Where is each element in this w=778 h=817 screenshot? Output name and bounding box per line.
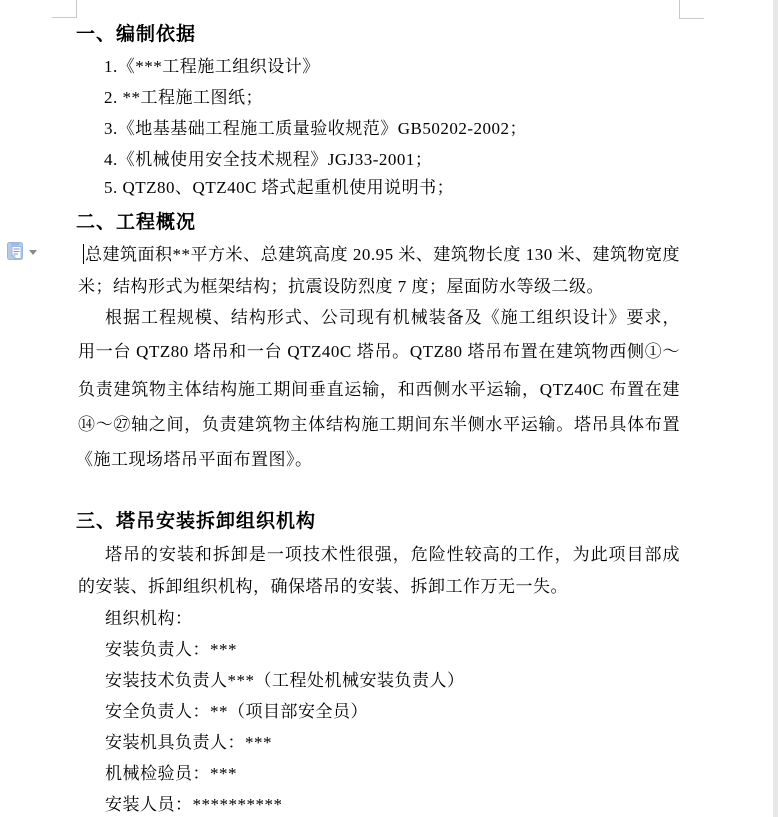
paragraph-line: 米；结构形式为框架结构；抗震设防烈度 7 度；屋面防水等级二级。 — [78, 276, 604, 297]
paragraph-line: 总建筑面积**平方米、总建筑高度 20.95 米、建筑物长度 130 米、建筑物… — [85, 244, 680, 266]
roster-line: 安装负责人：*** — [105, 639, 237, 660]
list-item: 5. QTZ80、QTZ40C 塔式起重机使用说明书； — [104, 177, 454, 198]
list-item: 1.《***工程施工组织设计》 — [104, 56, 320, 77]
paste-options-dropdown-icon[interactable] — [29, 250, 37, 255]
section-heading: 二、工程概况 — [76, 212, 196, 233]
paragraph-line: 用一台 QTZ80 塔吊和一台 QTZ40C 塔吊。QTZ80 塔吊布置在建筑物… — [78, 341, 680, 363]
paragraph-line: 负责建筑物主体结构施工期间垂直运输，和西侧水平运输，QTZ40C 布置在建筑物东… — [78, 379, 680, 401]
list-item: 3.《地基基础工程施工质量验收规范》GB50202-2002； — [104, 118, 527, 139]
list-item: 4.《机械使用安全技术规程》JGJ33-2001； — [104, 149, 432, 170]
list-item: 2. **工程施工图纸； — [104, 87, 263, 108]
crop-mark-top-right — [679, 18, 704, 19]
paragraph-line: ⑭～㉗轴之间，负责建筑物主体结构施工期间东半侧水平运输。塔吊具体布置位置参见 — [78, 414, 680, 436]
crop-mark-top-left — [52, 17, 77, 18]
crop-mark-top-right — [679, 0, 680, 18]
page-right-edge — [773, 0, 778, 817]
section-heading: 三、塔吊安装拆卸组织机构 — [76, 511, 316, 532]
paragraph-line: 的安装、拆卸组织机构，确保塔吊的安装、拆卸工作万无一失。 — [78, 576, 568, 597]
roster-line: 安装技术负责人***（工程处机械安装负责人） — [105, 670, 465, 691]
paste-options-button[interactable] — [7, 242, 26, 261]
paragraph-line: 根据工程规模、结构形式、公司现有机械装备及《施工组织设计》要求，本工程选 — [105, 307, 680, 329]
clipboard-paste-icon — [7, 248, 26, 265]
roster-line: 安全负责人：**（项目部安全员） — [105, 701, 368, 722]
roster-line: 安装机具负责人：*** — [105, 732, 272, 753]
paragraph-line: 塔吊的安装和拆卸是一项技术性很强，危险性较高的工作，为此项目部成立了专门 — [105, 544, 680, 566]
text-cursor — [83, 244, 84, 264]
crop-mark-top-left — [76, 0, 77, 17]
roster-line: 组织机构： — [105, 608, 193, 629]
paragraph-line: 《施工现场塔吊平面布置图》。 — [76, 449, 313, 470]
roster-line: 机械检验员：*** — [105, 763, 237, 784]
roster-line: 安装人员：********** — [105, 794, 283, 815]
section-heading: 一、编制依据 — [76, 24, 196, 45]
